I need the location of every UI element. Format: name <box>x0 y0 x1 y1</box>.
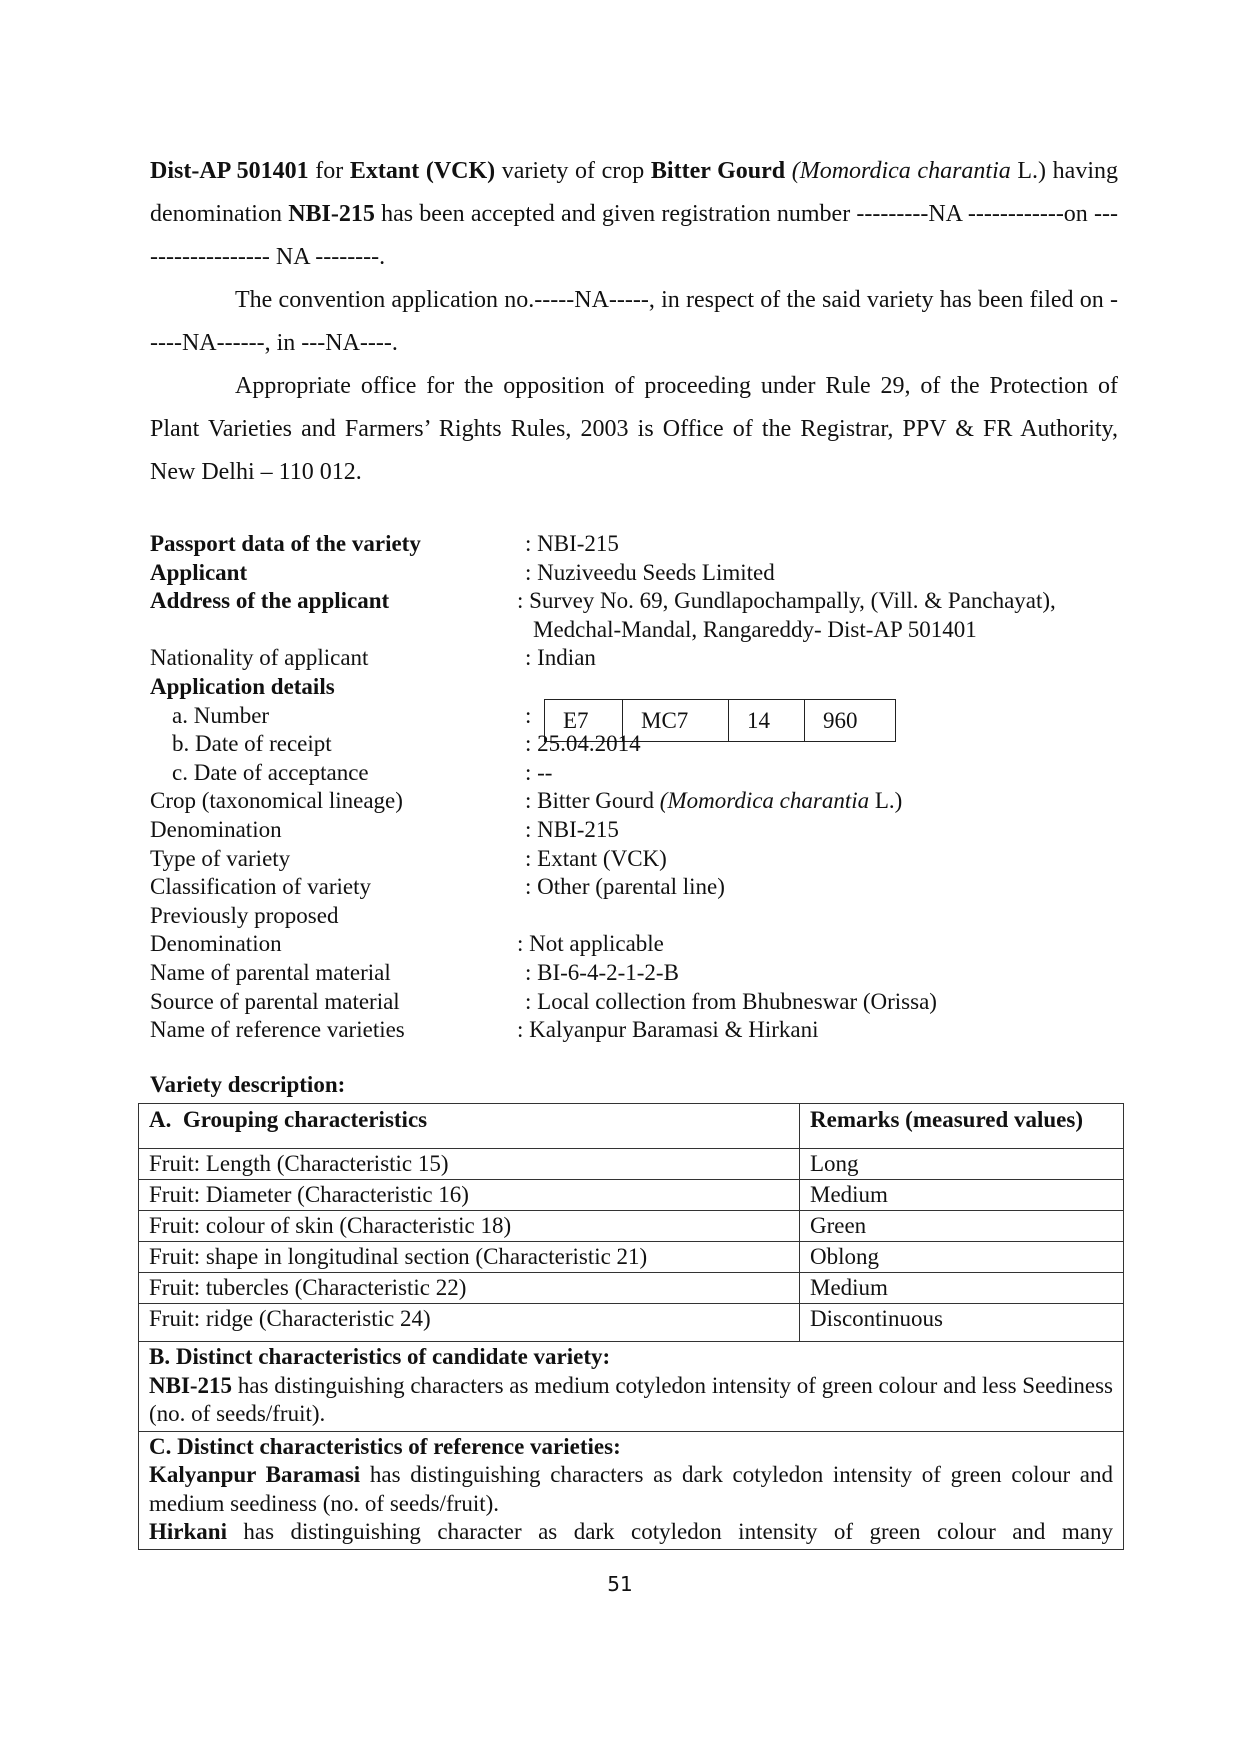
characteristic-cell: Fruit: shape in longitudinal section (Ch… <box>139 1242 800 1273</box>
crop-common-name: : Bitter Gourd <box>525 788 660 813</box>
intro-paragraph-2: The convention application no.-----NA---… <box>150 279 1118 365</box>
candidate-variety-name: NBI-215 <box>149 1373 232 1398</box>
nationality-row: Nationality of applicant : Indian <box>150 644 1130 673</box>
address-line-1: : Survey No. 69, Gundlapochampally, (Vil… <box>517 588 1056 613</box>
section-b-cell: B. Distinct characteristics of candidate… <box>139 1342 1124 1432</box>
table-row: Fruit: shape in longitudinal section (Ch… <box>139 1242 1124 1273</box>
text-variety-of-crop: variety of crop <box>502 158 645 184</box>
characteristic-cell: Fruit: Length (Characteristic 15) <box>139 1149 800 1180</box>
date-of-acceptance-row: c. Date of acceptance : -- <box>150 759 1130 788</box>
denomination-row: Denomination : NBI-215 <box>150 816 1130 845</box>
remark-cell: Oblong <box>800 1242 1124 1273</box>
date-of-receipt-label: b. Date of receipt <box>172 730 332 759</box>
reference-variety-name: Hirkani <box>149 1519 227 1544</box>
section-b-row: B. Distinct characteristics of candidate… <box>139 1342 1124 1432</box>
variety-type: Extant (VCK) <box>350 158 495 184</box>
reference-variety-1: Kalyanpur Baramasi has distinguishing ch… <box>149 1461 1113 1518</box>
table-header-row: A. Grouping characteristics Remarks (mea… <box>139 1104 1124 1149</box>
crop-species: (Momordica charantia <box>660 788 869 813</box>
passport-row: Passport data of the variety : NBI-215 <box>150 530 1130 559</box>
nationality-value: : Indian <box>525 644 596 673</box>
applicant-label: Applicant <box>150 559 247 588</box>
denomination: NBI-215 <box>288 201 375 227</box>
table-row: Fruit: Length (Characteristic 15) Long <box>139 1149 1124 1180</box>
crop-row: Crop (taxonomical lineage) : Bitter Gour… <box>150 787 1130 816</box>
text-for: for <box>315 158 343 184</box>
date-of-receipt-row: b. Date of receipt : 25.04.2014 <box>150 730 1130 759</box>
type-of-variety-row: Type of variety : Extant (VCK) <box>150 845 1130 874</box>
parental-source-label: Source of parental material <box>150 988 400 1017</box>
reference-varieties-label: Name of reference varieties <box>150 1016 405 1045</box>
denomination-value: : NBI-215 <box>525 816 619 845</box>
address-value: : Survey No. 69, Gundlapochampally, (Vil… <box>517 587 1056 644</box>
reference-variety-2: Hirkani has distinguishing character as … <box>149 1518 1113 1547</box>
table-row: Fruit: tubercles (Characteristic 22) Med… <box>139 1273 1124 1304</box>
intro-paragraph-3: Appropriate office for the opposition of… <box>150 365 1118 494</box>
passport-data: Passport data of the variety : NBI-215 A… <box>150 530 1130 1045</box>
parental-material-row: Name of parental material : BI-6-4-2-1-2… <box>150 959 1130 988</box>
denomination-label: Denomination <box>150 816 282 845</box>
previously-proposed-label: Previously proposed <box>150 902 338 931</box>
application-details-row: Application details <box>150 673 1130 702</box>
application-number-row: a. Number : E7 MC7 14 960 <box>150 702 1130 731</box>
species-name: (Momordica charantia <box>792 158 1011 184</box>
parental-source-row: Source of parental material : Local coll… <box>150 988 1130 1017</box>
address-label: Address of the applicant <box>150 587 389 616</box>
address-line-2: Medchal-Mandal, Rangareddy- Dist-AP 5014… <box>517 616 1056 645</box>
characteristic-cell: Fruit: ridge (Characteristic 24) <box>139 1304 800 1342</box>
prev-denomination-value: : Not applicable <box>517 930 664 959</box>
parental-material-label: Name of parental material <box>150 959 391 988</box>
passport-label: Passport data of the variety <box>150 530 421 559</box>
characteristic-cell: Fruit: colour of skin (Characteristic 18… <box>139 1211 800 1242</box>
applicant-value: : Nuziveedu Seeds Limited <box>525 559 775 588</box>
classification-label: Classification of variety <box>150 873 371 902</box>
prev-denomination-row: Denomination : Not applicable <box>150 930 1130 959</box>
classification-row: Classification of variety : Other (paren… <box>150 873 1130 902</box>
crop-author: L.) <box>869 788 902 813</box>
table-row: Fruit: ridge (Characteristic 24) Discont… <box>139 1304 1124 1342</box>
remark-cell: Medium <box>800 1180 1124 1211</box>
district-code: Dist-AP 501401 <box>150 158 309 184</box>
remark-cell: Long <box>800 1149 1124 1180</box>
parental-source-value: : Local collection from Bhubneswar (Oris… <box>525 988 937 1017</box>
passport-value: : NBI-215 <box>525 530 619 559</box>
type-of-variety-value: : Extant (VCK) <box>525 845 667 874</box>
page-number: 51 <box>0 1572 1240 1596</box>
reference-variety-name: Kalyanpur Baramasi <box>149 1462 360 1487</box>
application-number-colon: : <box>525 702 531 731</box>
table-row: Fruit: colour of skin (Characteristic 18… <box>139 1211 1124 1242</box>
reference-varieties-value: : Kalyanpur Baramasi & Hirkani <box>517 1016 818 1045</box>
remark-cell: Green <box>800 1211 1124 1242</box>
section-b-text: NBI-215 has distinguishing characters as… <box>149 1372 1113 1429</box>
section-b-title: B. Distinct characteristics of candidate… <box>149 1343 1113 1372</box>
species-author: L.) <box>1017 158 1046 184</box>
reference-varieties-row: Name of reference varieties : Kalyanpur … <box>150 1016 1130 1045</box>
crop-value: : Bitter Gourd (Momordica charantia L.) <box>525 787 902 816</box>
applicant-row: Applicant : Nuziveedu Seeds Limited <box>150 559 1130 588</box>
reference-variety-description: has distinguishing character as dark cot… <box>227 1519 1113 1544</box>
parental-material-value: : BI-6-4-2-1-2-B <box>525 959 679 988</box>
section-c-title: C. Distinct characteristics of reference… <box>149 1433 1113 1462</box>
remark-cell: Discontinuous <box>800 1304 1124 1342</box>
crop-name: Bitter Gourd <box>651 158 785 184</box>
date-of-receipt-value: : 25.04.2014 <box>525 730 641 759</box>
application-number-label: a. Number <box>172 702 269 731</box>
variety-description-table: A. Grouping characteristics Remarks (mea… <box>138 1103 1124 1550</box>
classification-value: : Other (parental line) <box>525 873 725 902</box>
prev-denomination-label: Denomination <box>150 930 282 959</box>
section-c-cell: C. Distinct characteristics of reference… <box>139 1431 1124 1549</box>
date-of-acceptance-label: c. Date of acceptance <box>172 759 369 788</box>
candidate-description: has distinguishing characters as medium … <box>149 1373 1119 1427</box>
crop-label: Crop (taxonomical lineage) <box>150 787 403 816</box>
previously-proposed-row: Previously proposed <box>150 902 1130 931</box>
type-of-variety-label: Type of variety <box>150 845 290 874</box>
remark-cell: Medium <box>800 1273 1124 1304</box>
characteristic-cell: Fruit: Diameter (Characteristic 16) <box>139 1180 800 1211</box>
document-page: Dist-AP 501401 for Extant (VCK) variety … <box>0 0 1240 1754</box>
variety-description-title: Variety description: <box>150 1070 345 1100</box>
characteristic-cell: Fruit: tubercles (Characteristic 22) <box>139 1273 800 1304</box>
application-details-heading: Application details <box>150 673 335 702</box>
intro-paragraph-1: Dist-AP 501401 for Extant (VCK) variety … <box>150 150 1118 279</box>
table-row: Fruit: Diameter (Characteristic 16) Medi… <box>139 1180 1124 1211</box>
header-remarks: Remarks (measured values) <box>800 1104 1124 1149</box>
nationality-label: Nationality of applicant <box>150 644 368 673</box>
date-of-acceptance-value: : -- <box>525 759 552 788</box>
section-c-row: C. Distinct characteristics of reference… <box>139 1431 1124 1549</box>
address-row: Address of the applicant : Survey No. 69… <box>150 587 1130 644</box>
header-grouping-characteristics: A. Grouping characteristics <box>139 1104 800 1149</box>
